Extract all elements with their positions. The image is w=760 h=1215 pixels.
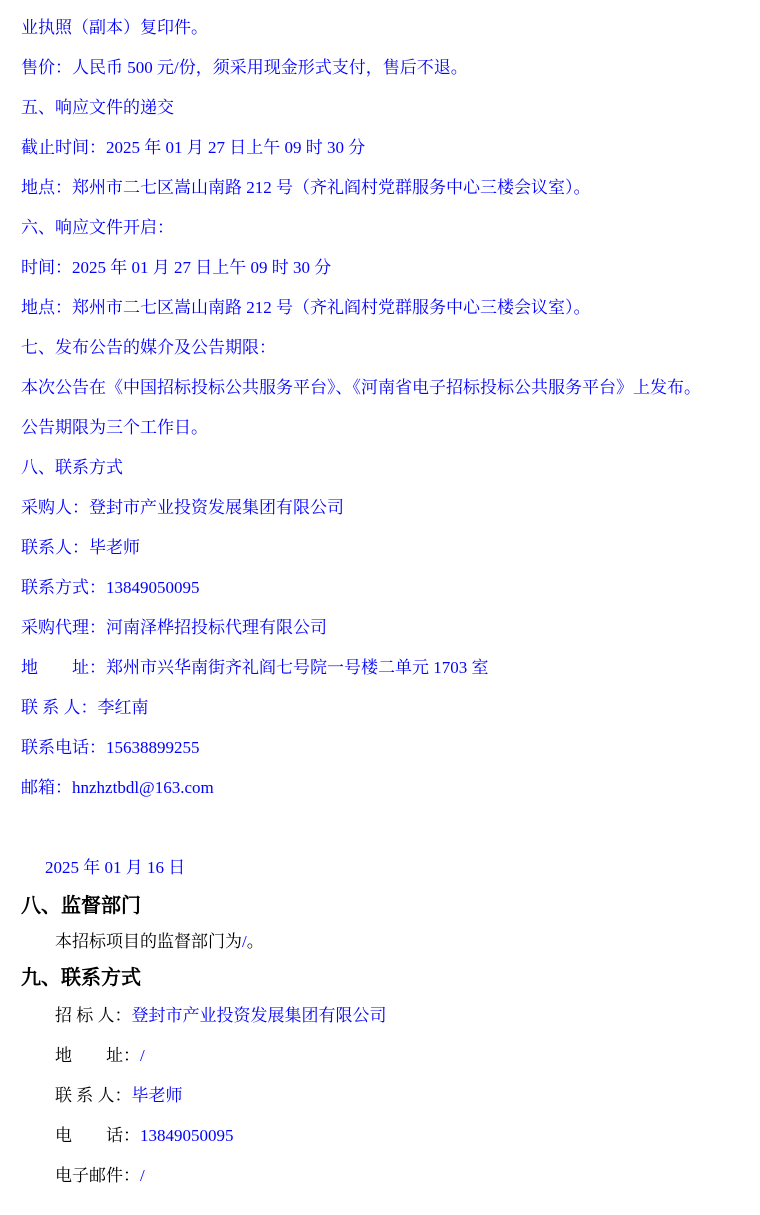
notice-line: 联系人：毕老师 — [21, 528, 752, 568]
contact-label: 招 标 人： — [55, 1006, 132, 1025]
contact-row-email: 电子邮件：/ — [21, 1156, 752, 1196]
notice-line: 联系方式：13849050095 — [21, 568, 752, 608]
contact-value: / — [140, 1166, 145, 1185]
notice-line: 售价：人民币 500 元/份，须采用现金形式支付，售后不退。 — [21, 48, 752, 88]
contact-row-bidder: 招 标 人：登封市产业投资发展集团有限公司 — [21, 996, 752, 1036]
contact-value: / — [140, 1046, 145, 1065]
notice-section-heading: 八、联系方式 — [21, 448, 752, 488]
notice-line: 截止时间：2025 年 01 月 27 日上午 09 时 30 分 — [21, 128, 752, 168]
contact-value: 13849050095 — [140, 1126, 234, 1145]
document-page: 业执照（副本）复印件。 售价：人民币 500 元/份，须采用现金形式支付，售后不… — [0, 0, 760, 1196]
contact-value: 登封市产业投资发展集团有限公司 — [132, 1006, 387, 1025]
notice-line: 地点：郑州市二七区嵩山南路 212 号（齐礼阎村党群服务中心三楼会议室）。 — [21, 288, 752, 328]
notice-line: 业执照（副本）复印件。 — [21, 8, 752, 48]
notice-line: 联系电话：15638899255 — [21, 728, 752, 768]
supervision-body-text: 本招标项目的监督部门为 — [55, 932, 242, 951]
notice-line: 时间：2025 年 01 月 27 日上午 09 时 30 分 — [21, 248, 752, 288]
supervision-body: 本招标项目的监督部门为/。 — [21, 924, 752, 960]
notice-section-heading: 七、发布公告的媒介及公告期限： — [21, 328, 752, 368]
notice-date: 2025 年 01 月 16 日 — [21, 848, 752, 888]
contact-label: 地 址： — [55, 1046, 140, 1065]
notice-section-heading: 五、响应文件的递交 — [21, 88, 752, 128]
contact-row-person: 联 系 人：毕老师 — [21, 1076, 752, 1116]
notice-line: 本次公告在《中国招标投标公共服务平台》、《河南省电子招标投标公共服务平台》上发布… — [21, 368, 752, 408]
supervision-body-period: 。 — [247, 932, 264, 951]
notice-line: 邮箱：hnzhztbdl@163.com — [21, 768, 752, 808]
blank-line — [21, 808, 752, 848]
contact-row-phone: 电 话：13849050095 — [21, 1116, 752, 1156]
contact-heading: 九、联系方式 — [21, 960, 752, 996]
contact-label: 联 系 人： — [55, 1086, 132, 1105]
notice-line: 采购代理：河南泽桦招投标代理有限公司 — [21, 608, 752, 648]
contact-label: 电 话： — [55, 1126, 140, 1145]
notice-line: 地点：郑州市二七区嵩山南路 212 号（齐礼阎村党群服务中心三楼会议室）。 — [21, 168, 752, 208]
contact-value: 毕老师 — [132, 1086, 183, 1105]
notice-line: 采购人：登封市产业投资发展集团有限公司 — [21, 488, 752, 528]
notice-line: 公告期限为三个工作日。 — [21, 408, 752, 448]
supervision-heading: 八、监督部门 — [21, 888, 752, 924]
contact-row-address: 地 址：/ — [21, 1036, 752, 1076]
notice-section-heading: 六、响应文件开启： — [21, 208, 752, 248]
contact-label: 电子邮件： — [55, 1166, 140, 1185]
notice-line: 地 址：郑州市兴华南街齐礼阎七号院一号楼二单元 1703 室 — [21, 648, 752, 688]
notice-line: 联 系 人：李红南 — [21, 688, 752, 728]
